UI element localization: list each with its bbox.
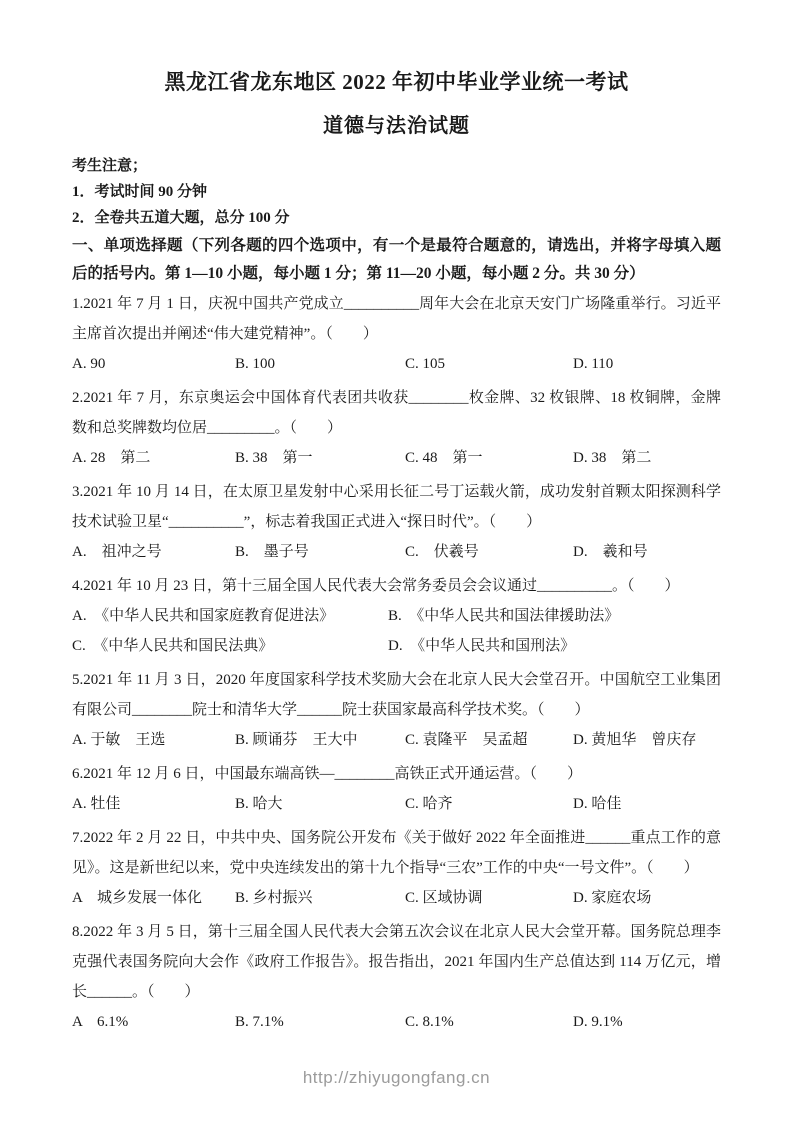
question-4-options: A. 《中华人民共和国家庭教育促进法》 B. 《中华人民共和国法律援助法》 C.… bbox=[72, 601, 721, 661]
question-6: 6.2021 年 12 月 6 日，中国最东端高铁—________高铁正式开通… bbox=[72, 759, 721, 819]
question-4-option-c: C. 《中华人民共和国民法典》 bbox=[72, 631, 388, 661]
section-heading-multiple-choice: 一、单项选择题（下列各题的四个选项中，有一个是最符合题意的，请选出，并将字母填入… bbox=[72, 232, 721, 287]
question-3: 3.2021 年 10 月 14 日，在太原卫星发射中心采用长征二号丁运载火箭，… bbox=[72, 477, 721, 567]
question-8: 8.2022 年 3 月 5 日，第十三届全国人民代表大会第五次会议在北京人民大… bbox=[72, 917, 721, 1037]
question-7-text: 7.2022 年 2 月 22 日，中共中央、国务院公开发布《关于做好 2022… bbox=[72, 823, 721, 883]
question-8-options: A 6.1% B. 7.1% C. 8.1% D. 9.1% bbox=[72, 1007, 721, 1037]
question-8-text: 8.2022 年 3 月 5 日，第十三届全国人民代表大会第五次会议在北京人民大… bbox=[72, 917, 721, 1007]
question-2-options: A. 28 第二 B. 38 第一 C. 48 第一 D. 38 第二 bbox=[72, 443, 721, 473]
question-2-option-b: B. 38 第一 bbox=[235, 443, 405, 473]
question-3-options: A. 祖冲之号 B. 墨子号 C. 伏羲号 D. 羲和号 bbox=[72, 537, 721, 567]
question-7-option-a: A 城乡发展一体化 bbox=[72, 883, 235, 913]
question-7-option-c: C. 区域协调 bbox=[405, 883, 573, 913]
question-6-options: A. 牡佳 B. 哈大 C. 哈齐 D. 哈佳 bbox=[72, 789, 721, 819]
notice-heading: 考生注意； bbox=[72, 153, 721, 179]
question-3-option-d: D. 羲和号 bbox=[573, 537, 721, 567]
question-1-options: A. 90 B. 100 C. 105 D. 110 bbox=[72, 349, 721, 379]
question-2: 2.2021 年 7 月，东京奥运会中国体育代表团共收获________枚金牌、… bbox=[72, 383, 721, 473]
question-5-option-c: C. 袁隆平 吴孟超 bbox=[405, 725, 573, 755]
exam-title: 黑龙江省龙东地区 2022 年初中毕业学业统一考试 bbox=[72, 68, 721, 96]
candidate-notice: 考生注意； 1．考试时间 90 分钟 2．全卷共五道大题，总分 100 分 bbox=[72, 153, 721, 231]
question-1: 1.2021 年 7 月 1 日，庆祝中国共产党成立__________周年大会… bbox=[72, 289, 721, 379]
question-5-text: 5.2021 年 11 月 3 日，2020 年度国家科学技术奖励大会在北京人民… bbox=[72, 665, 721, 725]
question-7-option-d: D. 家庭农场 bbox=[573, 883, 721, 913]
question-1-option-a: A. 90 bbox=[72, 349, 235, 379]
question-5-option-a: A. 于敏 王选 bbox=[72, 725, 235, 755]
notice-item-total-score: 2．全卷共五道大题，总分 100 分 bbox=[72, 205, 721, 231]
question-5-option-d: D. 黄旭华 曾庆存 bbox=[573, 725, 721, 755]
question-6-option-a: A. 牡佳 bbox=[72, 789, 235, 819]
question-1-option-c: C. 105 bbox=[405, 349, 573, 379]
exam-subtitle: 道德与法治试题 bbox=[72, 112, 721, 140]
question-3-text: 3.2021 年 10 月 14 日，在太原卫星发射中心采用长征二号丁运载火箭，… bbox=[72, 477, 721, 537]
question-6-option-b: B. 哈大 bbox=[235, 789, 405, 819]
question-8-option-a: A 6.1% bbox=[72, 1007, 235, 1037]
question-5-options: A. 于敏 王选 B. 顾诵芬 王大中 C. 袁隆平 吴孟超 D. 黄旭华 曾庆… bbox=[72, 725, 721, 755]
question-1-option-b: B. 100 bbox=[235, 349, 405, 379]
notice-item-exam-duration: 1．考试时间 90 分钟 bbox=[72, 179, 721, 205]
watermark-url: http://zhiyugongfang.cn bbox=[0, 1068, 793, 1088]
question-1-option-d: D. 110 bbox=[573, 349, 721, 379]
exam-paper-page: 黑龙江省龙东地区 2022 年初中毕业学业统一考试 道德与法治试题 考生注意； … bbox=[0, 0, 793, 1122]
question-8-option-d: D. 9.1% bbox=[573, 1007, 721, 1037]
question-6-option-c: C. 哈齐 bbox=[405, 789, 573, 819]
question-7-options: A 城乡发展一体化 B. 乡村振兴 C. 区域协调 D. 家庭农场 bbox=[72, 883, 721, 913]
question-4-option-b: B. 《中华人民共和国法律援助法》 bbox=[388, 601, 721, 631]
question-2-option-c: C. 48 第一 bbox=[405, 443, 573, 473]
question-3-option-b: B. 墨子号 bbox=[235, 537, 405, 567]
question-2-option-a: A. 28 第二 bbox=[72, 443, 235, 473]
question-3-option-c: C. 伏羲号 bbox=[405, 537, 573, 567]
question-8-option-b: B. 7.1% bbox=[235, 1007, 405, 1037]
question-6-option-d: D. 哈佳 bbox=[573, 789, 721, 819]
question-4-option-d: D. 《中华人民共和国刑法》 bbox=[388, 631, 721, 661]
question-4: 4.2021 年 10 月 23 日，第十三届全国人民代表大会常务委员会会议通过… bbox=[72, 571, 721, 661]
question-7-option-b: B. 乡村振兴 bbox=[235, 883, 405, 913]
question-3-option-a: A. 祖冲之号 bbox=[72, 537, 235, 567]
question-4-text: 4.2021 年 10 月 23 日，第十三届全国人民代表大会常务委员会会议通过… bbox=[72, 571, 721, 601]
question-8-option-c: C. 8.1% bbox=[405, 1007, 573, 1037]
question-7: 7.2022 年 2 月 22 日，中共中央、国务院公开发布《关于做好 2022… bbox=[72, 823, 721, 913]
question-6-text: 6.2021 年 12 月 6 日，中国最东端高铁—________高铁正式开通… bbox=[72, 759, 721, 789]
question-4-option-a: A. 《中华人民共和国家庭教育促进法》 bbox=[72, 601, 388, 631]
question-1-text: 1.2021 年 7 月 1 日，庆祝中国共产党成立__________周年大会… bbox=[72, 289, 721, 349]
question-5: 5.2021 年 11 月 3 日，2020 年度国家科学技术奖励大会在北京人民… bbox=[72, 665, 721, 755]
question-2-option-d: D. 38 第二 bbox=[573, 443, 721, 473]
question-2-text: 2.2021 年 7 月，东京奥运会中国体育代表团共收获________枚金牌、… bbox=[72, 383, 721, 443]
question-5-option-b: B. 顾诵芬 王大中 bbox=[235, 725, 405, 755]
